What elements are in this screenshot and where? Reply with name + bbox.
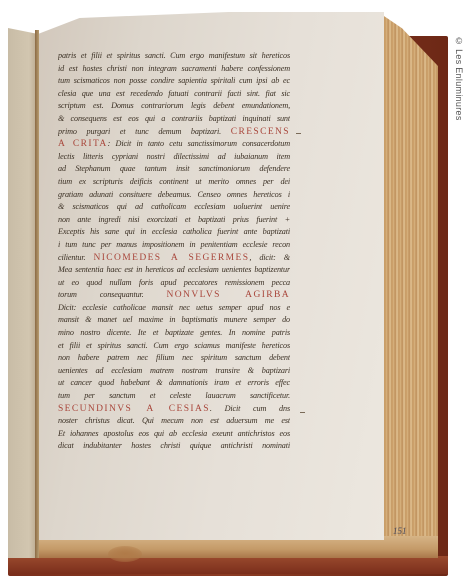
text-line-body: tum per sanctum et celeste lauacrum sanc…: [58, 391, 290, 400]
rubric-name: SECUNDINVS A CESIAS: [58, 404, 210, 414]
text-line-body: : Dicit in tanto cetu sanctissimorum con…: [108, 139, 290, 148]
text-line-body: patris et filii et spiritus sancti. Cum …: [58, 51, 290, 60]
text-line: cilientur. NICOMEDES A SEGERMES, dicit: …: [58, 252, 290, 265]
manuscript-photo: patris et filii et spiritus sancti. Cum …: [0, 0, 475, 586]
rubric-name: CRESCENS: [231, 127, 290, 137]
text-line: Et iohannes apostolus eos qui ab ecclesi…: [58, 428, 290, 441]
text-line-body: i tum tunc per manus impositionem in pen…: [58, 240, 290, 249]
text-line: torum consequantur. NONVLVS AGIRBA: [58, 289, 290, 302]
text-line-body: Dicit: ecclesie catholicae mansit nec ue…: [58, 303, 290, 312]
margin-mark: [296, 133, 301, 134]
text-line: A CRITA: Dicit in tanto cetu sanctissimo…: [58, 138, 290, 151]
text-line-body: Exceptis his sane qui in ecclesia cathol…: [58, 227, 290, 236]
text-line: & consequens est eos qui a contrariis ba…: [58, 113, 290, 126]
text-line-body: & scismaticos qui ad catholicam ecclesia…: [58, 202, 290, 211]
text-line: patris et filii et spiritus sancti. Cum …: [58, 50, 290, 63]
text-line-body: non habere patrem nec filium nec spiritu…: [58, 353, 290, 362]
rubric-name: NONVLVS AGIRBA: [167, 290, 290, 300]
text-line-body: dicat indubitanter hostes christi quique…: [58, 441, 290, 450]
text-line-body: noster christus dicat. Qui mecum non est…: [58, 416, 290, 425]
rubric-name: NICOMEDES A SEGERMES: [93, 253, 249, 263]
margin-mark: [300, 412, 305, 413]
text-line-body: Et iohannes apostolus eos qui ab ecclesi…: [58, 429, 290, 438]
text-line: primo purgari et tunc demum baptizari. C…: [58, 126, 290, 139]
text-line: clesia que una est recedendo fatuati con…: [58, 88, 290, 101]
text-line: Mea sententia haec est in hereticos ad e…: [58, 264, 290, 277]
text-line-body: lectis litteris cypriani nostri dilectis…: [58, 152, 290, 161]
text-line-body: mino nostro dicente. Ite et baptizate ge…: [58, 328, 290, 337]
text-line: lectis litteris cypriani nostri dilectis…: [58, 151, 290, 164]
text-line-body: scriptum est. Domus contrariorum legis d…: [58, 101, 290, 110]
text-line: mansit & manet uel maxime in baptismatis…: [58, 314, 290, 327]
text-line: non habere patrem nec filium nec spiritu…: [58, 352, 290, 365]
text-line-body: id est hostes christi non integram sacra…: [58, 64, 290, 73]
manuscript-text-block: patris et filii et spiritus sancti. Cum …: [58, 50, 290, 453]
text-line: dicat indubitanter hostes christi quique…: [58, 440, 290, 453]
folio-number: 151: [393, 526, 407, 536]
binding-bottom-edge: [8, 556, 448, 574]
text-line-body: Mea sententia haec est in hereticos ad e…: [58, 265, 290, 274]
text-line: i tum tunc per manus impositionem in pen…: [58, 239, 290, 252]
text-line: tum scismaticos non posse condire sapien…: [58, 75, 290, 88]
text-line-body: et filii et spiritus sancti. Cum ergo sc…: [58, 341, 290, 350]
text-line-body: non ante ingredi nisi exorcizati et bapt…: [58, 215, 290, 224]
text-line: tium ex scripturis deificis continent ut…: [58, 176, 290, 189]
text-line: ut eo quod nullam foris apud peccatores …: [58, 277, 290, 290]
text-line-body: ad Stephanum quae tantum insit sanctimon…: [58, 164, 290, 173]
text-line: scriptum est. Domus contrariorum legis d…: [58, 100, 290, 113]
text-line: noster christus dicat. Qui mecum non est…: [58, 415, 290, 428]
text-line-body: ut eo quod nullam foris apud peccatores …: [58, 278, 290, 287]
text-line: ut cancer quod habebant & damnationis ir…: [58, 377, 290, 390]
gutter-fold: [35, 30, 39, 558]
text-line-prefix: torum consequantur.: [58, 290, 144, 299]
text-line-body: tium ex scripturis deificis continent ut…: [58, 177, 290, 186]
text-line: id est hostes christi non integram sacra…: [58, 63, 290, 76]
text-line: SECUNDINVS A CESIAS. Dicit cum dns: [58, 403, 290, 416]
text-line: & scismaticos qui ad catholicam ecclesia…: [58, 201, 290, 214]
text-line-body: clesia que una est recedendo fatuati con…: [58, 89, 290, 98]
text-line: ad Stephanum quae tantum insit sanctimon…: [58, 163, 290, 176]
text-line-body: primo purgari et tunc demum baptizari.: [58, 127, 221, 136]
text-line-body: uenientes ad ecclesiam matrem nostram tr…: [58, 366, 290, 375]
text-line: gratiam adunati consituere debeamus. Cen…: [58, 189, 290, 202]
copyright-watermark: © Les Enluminures: [454, 36, 464, 121]
text-line-body: gratiam adunati consituere debeamus. Cen…: [58, 190, 290, 199]
text-line: uenientes ad ecclesiam matrem nostram tr…: [58, 365, 290, 378]
verso-page-edge: [8, 22, 38, 558]
text-line: mino nostro dicente. Ite et baptizate ge…: [58, 327, 290, 340]
text-line-body: tum scismaticos non posse condire sapien…: [58, 76, 290, 85]
page-stack-fore-edge: [378, 12, 438, 552]
text-line-body: ut cancer quod habebant & damnationis ir…: [58, 378, 290, 387]
text-line-body: . Dicit cum dns: [210, 404, 290, 413]
text-line-prefix: cilientur.: [58, 253, 85, 262]
text-line-body: mansit & manet uel maxime in baptismatis…: [58, 315, 290, 324]
text-line-body: , dicit: &: [249, 253, 290, 262]
text-line: et filii et spiritus sancti. Cum ergo sc…: [58, 340, 290, 353]
water-stain: [108, 546, 142, 562]
text-line: Exceptis his sane qui in ecclesia cathol…: [58, 226, 290, 239]
text-line: Dicit: ecclesie catholicae mansit nec ue…: [58, 302, 290, 315]
rubric-name: A CRITA: [58, 139, 108, 149]
text-line: tum per sanctum et celeste lauacrum sanc…: [58, 390, 290, 403]
text-line: non ante ingredi nisi exorcizati et bapt…: [58, 214, 290, 227]
text-line-body: & consequens est eos qui a contrariis ba…: [58, 114, 290, 123]
